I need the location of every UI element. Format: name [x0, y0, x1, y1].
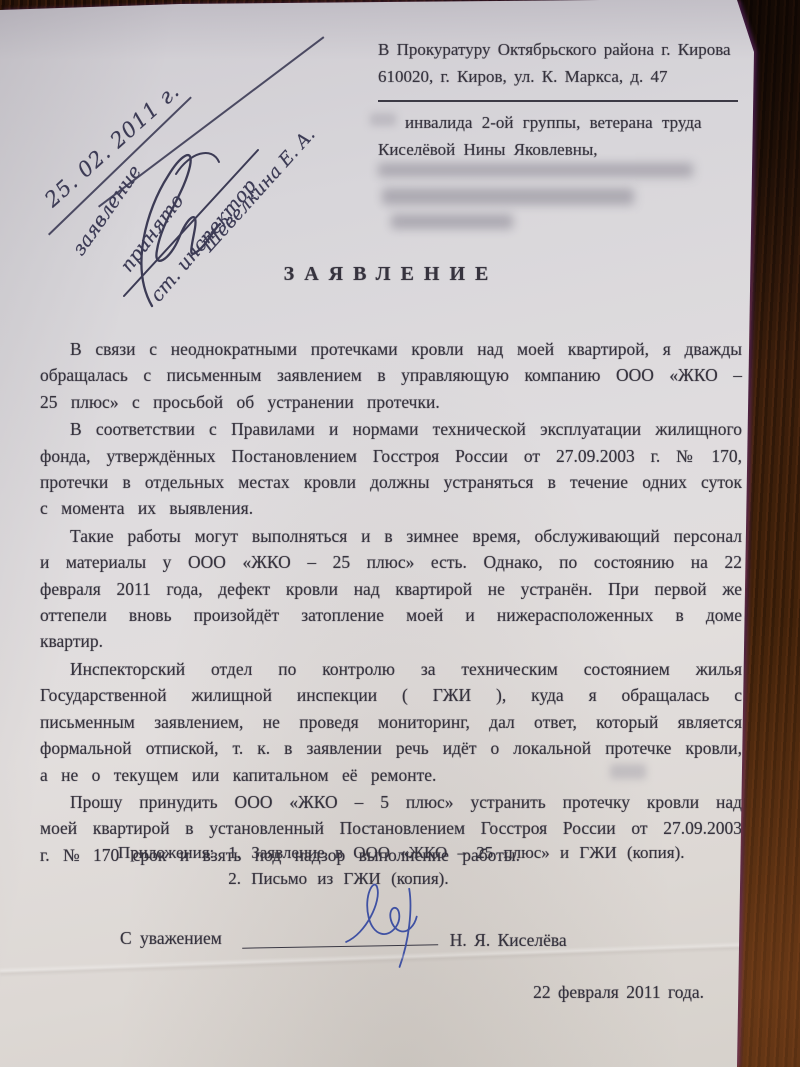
document-paper: 25. 02. 2011 г. заявление принято ст. ин…: [0, 0, 800, 1067]
redaction-smudge-small: [370, 113, 396, 126]
document-title: ЗАЯВЛЕНИЕ: [40, 263, 742, 286]
paragraph-2: В соответствии с Правилами и нормами тех…: [40, 416, 742, 522]
redacted-address-line-3: [391, 214, 513, 229]
recipient-line-1: В Прокуратуру Октябрьского района г. Кир…: [378, 36, 738, 63]
paper-wrap: 25. 02. 2011 г. заявление принято ст. ин…: [0, 0, 800, 1067]
closing-block: С уважением Н. Я. Киселёва: [120, 924, 700, 949]
closing-respect-label: С уважением: [120, 928, 222, 949]
attachment-item-1: 1. Заявление в ООО «ЖКО – 25 плюс» и ГЖИ…: [228, 840, 684, 866]
recipient-line-2: 610020, г. Киров, ул. К. Маркса, д. 47: [378, 63, 738, 90]
applicant-name: Н. Я. Киселёва: [450, 930, 567, 951]
attachments-label: Приложения:: [118, 840, 214, 892]
paragraph-1: В связи с неоднократными протечками кров…: [40, 336, 742, 415]
header-divider-line: [378, 100, 738, 102]
applicant-line-1: инвалида 2-ой группы, ветерана труда: [405, 109, 738, 136]
signature-line: [242, 922, 438, 948]
attachment-item-2: 2. Письмо из ГЖИ (копия).: [228, 866, 684, 892]
header-block: В Прокуратуру Октябрьского района г. Кир…: [378, 36, 738, 163]
attachments-list: 1. Заявление в ООО «ЖКО – 25 плюс» и ГЖИ…: [228, 840, 684, 892]
redacted-address-line-1: [378, 163, 693, 177]
document-date: 22 февраля 2011 года.: [40, 982, 704, 1003]
photo-of-document: 25. 02. 2011 г. заявление принято ст. ин…: [0, 0, 800, 1067]
document-body: В связи с неоднократными протечками кров…: [40, 336, 742, 869]
applicant-line-2: Киселёвой Нины Яковлевны,: [378, 136, 738, 163]
redacted-address-line-2: [382, 188, 634, 205]
erasure-smudge-paragraph-5: [610, 764, 646, 779]
applicant-signature: [337, 874, 439, 971]
paragraph-3: Такие работы могут выполняться и в зимне…: [40, 523, 742, 655]
